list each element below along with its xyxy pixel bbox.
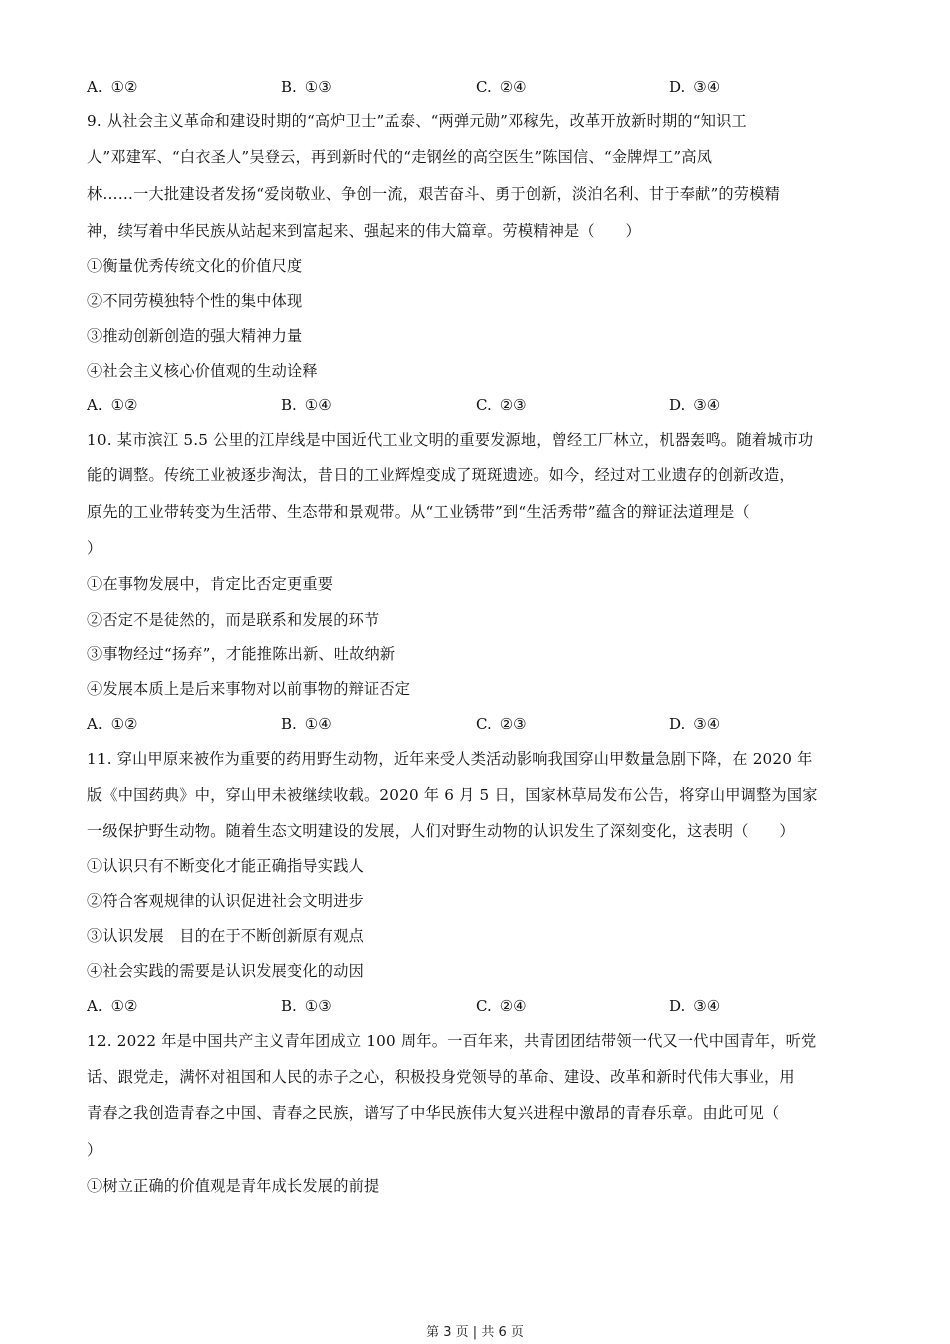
option-b: B.①③ [281, 77, 332, 97]
question-stem-line: 10. 某市滨江 5.5 公里的江岸线是中国近代工业文明的重要发源地，曾经工厂林… [87, 430, 813, 450]
option-d: D.③④ [669, 395, 720, 415]
statement-3: ③推动创新创造的强大精神力量 [87, 326, 302, 346]
question-stem-line: 青春之我创造青春之中国、青春之民族，谱写了中华民族伟大复兴进程中激昂的青春乐章。… [87, 1103, 779, 1123]
option-c: C.②③ [476, 395, 527, 415]
q10-options: A.①② B.①④ C.②③ D.③④ [87, 714, 867, 734]
question-stem-line: 11. 穿山甲原来被作为重要的药用野生动物，近年来受人类活动影响我国穿山甲数量急… [87, 749, 813, 769]
statement-1: ①树立正确的价值观是青年成长发展的前提 [87, 1176, 379, 1196]
option-a: A.①② [87, 996, 138, 1016]
statement-4: ④发展本质上是后来事物对以前事物的辩证否定 [87, 679, 410, 699]
question-stem-line: 原先的工业带转变为生活带、生态带和景观带。从“工业锈带”到“生活秀带”蕴含的辩证… [87, 502, 750, 522]
option-c: C.②③ [476, 714, 527, 734]
option-b: B.①④ [281, 714, 332, 734]
option-b: B.①③ [281, 996, 332, 1016]
page-footer: 第 3 页 | 共 6 页 [0, 1324, 950, 1342]
question-stem-line: 一级保护野生动物。随着生态文明建设的发展，人们对野生动物的认识发生了深刻变化，这… [87, 821, 795, 841]
statement-2: ②否定不是徒然的，而是联系和发展的环节 [87, 610, 379, 630]
question-stem-line: 人”邓建军、“白衣圣人”吴登云，再到新时代的“走钢丝的高空医生”陈国信、“金牌焊… [87, 147, 712, 167]
option-a: A.①② [87, 714, 138, 734]
option-d: D.③④ [669, 77, 720, 97]
statement-1: ①衡量优秀传统文化的价值尺度 [87, 256, 302, 276]
question-stem-line: 话、跟党走，满怀对祖国和人民的赤子之心，积极投身党领导的革命、建设、改革和新时代… [87, 1067, 795, 1087]
statement-1: ①认识只有不断变化才能正确指导实践人 [87, 856, 364, 876]
option-d: D.③④ [669, 996, 720, 1016]
statement-4: ④社会主义核心价值观的生动诠释 [87, 361, 318, 381]
option-c: C.②④ [476, 996, 527, 1016]
statement-4: ④社会实践的需要是认识发展变化的动因 [87, 961, 364, 981]
option-d: D.③④ [669, 714, 720, 734]
option-c: C.②④ [476, 77, 527, 97]
statement-2: ②符合客观规律的认识促进社会文明进步 [87, 891, 364, 911]
question-stem-line: ） [87, 538, 102, 558]
q8-options: A.①② B.①③ C.②④ D.③④ [87, 77, 867, 97]
statement-3: ③事物经过“扬弃”，才能推陈出新、吐故纳新 [87, 644, 395, 664]
question-stem-line: 9. 从社会主义革命和建设时期的“高炉卫士”孟泰、“两弹元勋”邓稼先，改革开放新… [87, 111, 747, 131]
q11-options: A.①② B.①③ C.②④ D.③④ [87, 996, 867, 1016]
question-stem-line: 版《中国药典》中，穿山甲未被继续收载。2020 年 6 月 5 日，国家林草局发… [87, 785, 818, 805]
option-a: A.①② [87, 77, 138, 97]
question-stem-line: 神，续写着中华民族从站起来到富起来、强起来的伟大篇章。劳模精神是（ ） [87, 221, 641, 241]
q9-options: A.①② B.①④ C.②③ D.③④ [87, 395, 867, 415]
option-b: B.①④ [281, 395, 332, 415]
question-stem-line: ） [87, 1140, 102, 1160]
statement-1: ①在事物发展中，肯定比否定更重要 [87, 574, 333, 594]
question-stem-line: 林……一大批建设者发扬“爱岗敬业、争创一流，艰苦奋斗、勇于创新，淡泊名利、甘于奉… [87, 184, 780, 204]
statement-3: ③认识发展 目的在于不断创新原有观点 [87, 926, 364, 946]
statement-2: ②不同劳模独特个性的集中体现 [87, 291, 302, 311]
option-a: A.①② [87, 395, 138, 415]
question-stem-line: 能的调整。传统工业被逐步淘汰，昔日的工业辉煌变成了斑斑遗迹。如今，经过对工业遗存… [87, 465, 795, 485]
question-stem-line: 12. 2022 年是中国共产主义青年团成立 100 周年。一百年来，共青团团结… [87, 1031, 816, 1051]
